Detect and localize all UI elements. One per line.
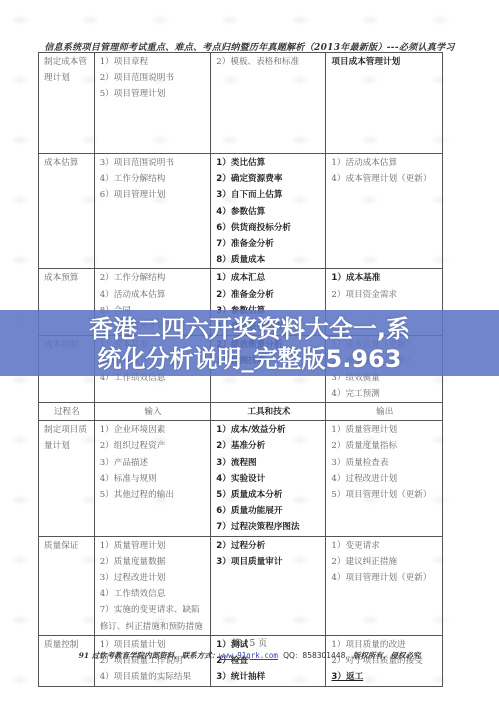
inputs-cell: 1）质量管理计划 2）质量度量数据 3）过程改进计划 4）工作绩效信息 7）实施…	[94, 536, 211, 635]
tool-item: 6）质量功能展开	[216, 503, 321, 519]
input-item: 4）活动成本估算	[100, 287, 207, 303]
tool-item: 2）准备金分析	[216, 287, 321, 303]
inputs-cell: 1）企业环境因素 2）组织过程资产 3）产品描述 4）标准与规则 5）其他过程的…	[94, 421, 211, 536]
input-item: 4）项目质量的实际结果	[100, 669, 207, 685]
tools-cell: 1）类比估算 2）确定资源费率 3）自下而上估算 4）参数估算 6）供货商投标分…	[211, 154, 326, 269]
output-item: 2）建议纠正措施	[331, 554, 438, 570]
output-item: 2）项目资金需求	[331, 287, 438, 303]
tool-item: 1）成本/效益分析	[216, 422, 321, 438]
banner-line-1: 香港二四六开奖资料大全一,系	[0, 314, 499, 344]
output-item: 3）返工	[331, 669, 438, 685]
input-item: 3）项目范围说明书	[100, 155, 207, 171]
input-item: 5）项目管理计划	[100, 86, 207, 102]
tool-item: 1）成本汇总	[216, 270, 321, 286]
tool-item: 3）统计抽样	[216, 669, 321, 685]
tool-item: 7）准备金分析	[216, 236, 321, 252]
output-item: 2）质量度量指标	[331, 438, 438, 454]
output-item: 1）成本基准	[331, 270, 438, 286]
output-item: 1）质量管理计划	[331, 422, 438, 438]
output-item: 4）成本管理计划（更新）	[331, 171, 438, 187]
inputs-cell: 1）项目章程 2）项目范围说明书 5）项目管理计划	[94, 53, 211, 154]
tools-cell: 2）模板、表格和标准	[211, 53, 326, 154]
input-item: 1）质量管理计划	[100, 538, 207, 554]
output-item: 5）项目管理计划（更新）	[331, 487, 438, 503]
input-item: 3）过程改进计划	[100, 570, 207, 586]
column-header-tools: 工具和技术	[211, 403, 326, 421]
input-item: 4）工作绩效信息	[100, 586, 207, 602]
input-item: 2）质量度量数据	[100, 554, 207, 570]
process-name: 制定项目质量计划	[39, 421, 95, 536]
table-row: 制定成本管理计划 1）项目章程 2）项目范围说明书 5）项目管理计划 2）模板、…	[39, 53, 443, 154]
tools-cell: 1）成本/效益分析 2）基准分析 3）流程图 4）实验设计 5）质量成本分析 6…	[211, 421, 326, 536]
table-row: 质量保证 1）质量管理计划 2）质量度量数据 3）过程改进计划 4）工作绩效信息…	[39, 536, 443, 635]
process-name: 制定成本管理计划	[39, 53, 95, 154]
table-header-row: 过程名 输入 工具和技术 输出	[39, 403, 443, 421]
table-row: 成本估算 3）项目范围说明书 4）工作分解结构 6）项目管理计划 1）类比估算 …	[39, 154, 443, 269]
column-header-outputs: 输出	[326, 403, 443, 421]
output-item: 4）项目管理计划（更新）	[331, 570, 438, 586]
tool-item: 3）项目质量审计	[216, 554, 321, 570]
outputs-cell: 1）变更请求 2）建议纠正措施 4）项目管理计划（更新）	[326, 536, 443, 635]
input-item: 4）工作分解结构	[100, 171, 207, 187]
input-item: 7）实施的变更请求、缺陷修订、纠正措施和预防措施	[100, 602, 207, 634]
footer-qq: QQ：858301448，	[283, 651, 353, 660]
column-header-process: 过程名	[39, 403, 95, 421]
tool-item: 5）质量成本分析	[216, 487, 321, 503]
tools-cell: 2）过程分析 3）项目质量审计	[211, 536, 326, 635]
input-item: 4）标准与规则	[100, 471, 207, 487]
tool-item: 8）质量成本	[216, 252, 321, 268]
process-name: 质量保证	[39, 536, 95, 635]
tool-item: 2）模板、表格和标准	[216, 54, 321, 70]
outputs-cell: 1）质量管理计划 2）质量度量指标 3）质量检查表 4）过程改进计划 5）项目管…	[326, 421, 443, 536]
process-name: 成本估算	[39, 154, 95, 269]
tool-item: 7）过程决策程序图法	[216, 519, 321, 535]
tool-item: 3）自下而上估算	[216, 187, 321, 203]
input-item: 2）组织过程资产	[100, 438, 207, 454]
tool-item: 2）过程分析	[216, 538, 321, 554]
tool-item: 4）参数估算	[216, 204, 321, 220]
output-item: 4）过程改进计划	[331, 471, 438, 487]
column-header-inputs: 输入	[94, 403, 211, 421]
output-item: 1）活动成本估算	[331, 155, 438, 171]
output-item: 1）变更请求	[331, 538, 438, 554]
output-item: 项目成本管理计划	[331, 54, 438, 70]
table-row: 制定项目质量计划 1）企业环境因素 2）组织过程资产 3）产品描述 4）标准与规…	[39, 421, 443, 536]
tool-item: 4）实验设计	[216, 471, 321, 487]
page-number: 第 15 页	[0, 636, 499, 649]
tool-item: 2）确定资源费率	[216, 171, 321, 187]
outputs-cell: 1）活动成本估算 4）成本管理计划（更新）	[326, 154, 443, 269]
input-item: 2）工作分解结构	[100, 270, 207, 286]
banner-line-2: 统化分析说明_完整版5.963	[0, 344, 499, 374]
output-item: 4）完工预测	[331, 386, 438, 402]
input-item: 3）产品描述	[100, 455, 207, 471]
tool-item: 1）类比估算	[216, 155, 321, 171]
input-item: 6）项目管理计划	[100, 187, 207, 203]
tool-item: 3）流程图	[216, 455, 321, 471]
footer-copyright: 版权所有，侵权必究	[353, 651, 421, 660]
document-footer: 91 过软考教育学院内部资料，联系方式：www.91grk.com QQ：858…	[0, 650, 499, 661]
output-item: 3）质量检查表	[331, 455, 438, 471]
tool-item: 2）基准分析	[216, 438, 321, 454]
overlay-banner-text: 香港二四六开奖资料大全一,系 统化分析说明_完整版5.963	[0, 314, 499, 374]
input-item: 1）项目章程	[100, 54, 207, 70]
footer-prefix: 91 过软考教育学院内部资料，联系方式：	[79, 651, 220, 660]
input-item: 1）企业环境因素	[100, 422, 207, 438]
input-item: 2）项目范围说明书	[100, 70, 207, 86]
input-item: 5）其他过程的输出	[100, 487, 207, 503]
tool-item: 6）供货商投标分析	[216, 220, 321, 236]
footer-website-link[interactable]: www.91grk.com	[219, 651, 278, 660]
inputs-cell: 3）项目范围说明书 4）工作分解结构 6）项目管理计划	[94, 154, 211, 269]
outputs-cell: 项目成本管理计划	[326, 53, 443, 154]
